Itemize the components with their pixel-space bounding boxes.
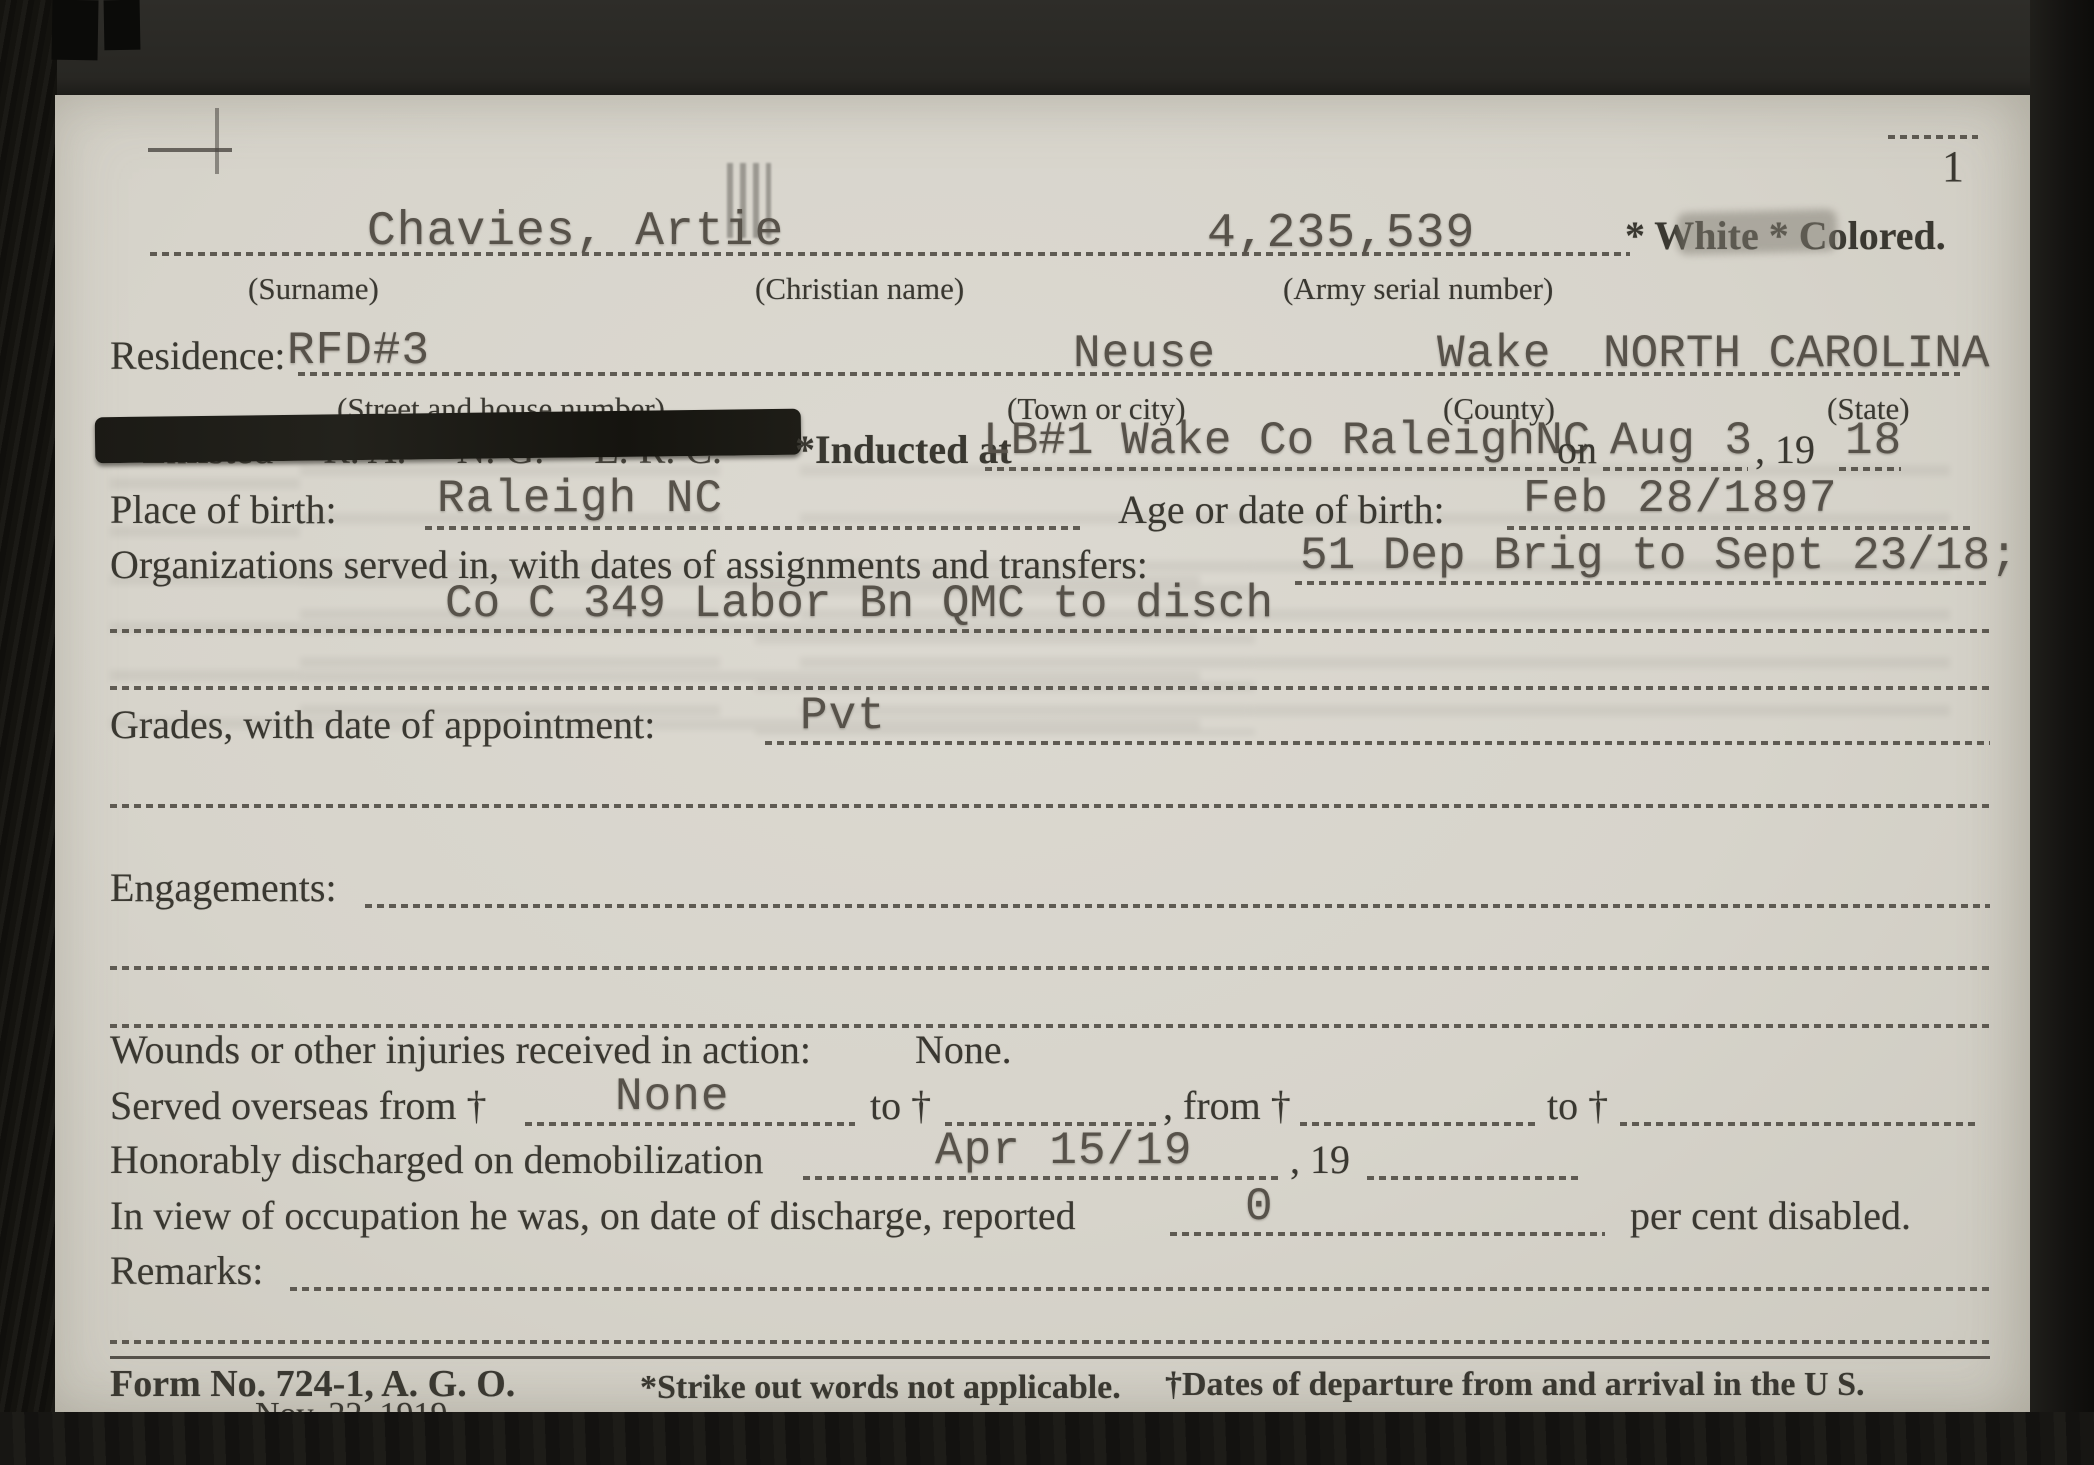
scanned-service-record: 1 Chavies, Artie 4,235,539 * White * Col…: [0, 0, 2094, 1465]
race-white-strike-smudge: [1676, 209, 1837, 255]
county-value: Wake: [1437, 331, 1551, 377]
page-number-rule: [1888, 135, 1978, 139]
organizations-line2-rule: [110, 629, 1990, 633]
town-value: Neuse: [1073, 331, 1216, 377]
blank-rule: [110, 966, 1990, 970]
grades-rule: [765, 741, 1990, 745]
place-of-birth-rule: [425, 526, 1080, 530]
organizations-line2-value: Co C 349 Labor Bn QMC to disch: [445, 581, 1273, 627]
place-of-birth-label: Place of birth:: [110, 490, 337, 530]
place-of-birth-value: Raleigh NC: [437, 476, 723, 522]
discharge-date-value: Apr 15/19: [935, 1128, 1192, 1174]
departure-dates-note: †Dates of departure from and arrival in …: [1165, 1368, 1864, 1402]
footer-rule: [110, 1356, 1990, 1359]
discharge-label: Honorably discharged on demobilization: [110, 1140, 764, 1180]
discharge-year-label: , 19: [1290, 1140, 1350, 1180]
year-value: 18: [1845, 418, 1902, 464]
overseas-rule: [1620, 1122, 1975, 1126]
inducted-place-value: LB#1 Wake Co RaleighNC: [983, 418, 1590, 464]
redaction-bar: [95, 409, 802, 464]
wounds-value: None.: [915, 1030, 1012, 1070]
inducted-at-label: *Inducted at: [795, 430, 1012, 470]
date-of-birth-value: Feb 28/1897: [1523, 476, 1838, 522]
overseas-to1-label: to †: [870, 1086, 931, 1126]
scan-top-border: [0, 0, 2094, 97]
engagements-label: Engagements:: [110, 868, 337, 908]
cross-mark: [148, 148, 232, 152]
scan-right-border: [2030, 0, 2094, 1465]
discharge-year-rule: [1367, 1176, 1582, 1180]
disability-value: 0: [1245, 1184, 1274, 1230]
scan-left-border: [0, 0, 57, 1465]
page-number: 1: [1942, 145, 1964, 189]
strike-out-note: *Strike out words not applicable.: [640, 1371, 1121, 1405]
year-rule: [1839, 467, 1901, 471]
disability-rule: [1170, 1232, 1605, 1236]
overseas-to2-label: to †: [1547, 1086, 1608, 1126]
overseas-from1-label: Served overseas from †: [110, 1086, 487, 1126]
discharge-rule: [803, 1176, 1281, 1180]
scan-edge-mark: [51, 0, 98, 60]
overseas-from2-label: , from †: [1163, 1086, 1291, 1126]
on-label: on: [1557, 430, 1597, 470]
residence-label: Residence:: [110, 336, 286, 376]
overseas-rule: [1300, 1122, 1538, 1126]
wounds-label: Wounds or other injuries received in act…: [110, 1030, 811, 1070]
grades-label: Grades, with date of appointment:: [110, 705, 655, 745]
inducted-date-value: Aug 3: [1610, 418, 1753, 464]
overseas-from1-value: None: [615, 1074, 729, 1120]
blank-rule: [110, 686, 1990, 690]
year-19-label: , 19: [1755, 430, 1815, 470]
engagements-rule: [365, 904, 1990, 908]
surname-label: (Surname): [248, 273, 379, 304]
scan-edge-mark: [104, 0, 141, 50]
field-serial-value: 4,235,539: [1207, 210, 1475, 258]
disability-pre-label: In view of occupation he was, on date of…: [110, 1196, 1076, 1236]
overseas-rule: [525, 1122, 855, 1126]
blank-rule: [110, 1340, 1990, 1344]
remarks-label: Remarks:: [110, 1251, 263, 1291]
field-name-value: Chavies, Artie: [367, 208, 784, 256]
scan-bottom-border: [0, 1412, 2094, 1465]
grades-value: Pvt: [800, 693, 886, 739]
state-value: NORTH CAROLINA: [1603, 331, 1989, 377]
disability-post-label: per cent disabled.: [1630, 1196, 1911, 1236]
remarks-rule: [290, 1287, 1990, 1291]
record-card: 1 Chavies, Artie 4,235,539 * White * Col…: [55, 95, 2030, 1415]
street-value: RFD#3: [287, 328, 430, 374]
organizations-line1-value: 51 Dep Brig to Sept 23/18;: [1300, 533, 2018, 579]
inducted-place-rule: [985, 467, 1585, 471]
serial-number-label: (Army serial number): [1283, 273, 1553, 304]
blank-rule: [110, 804, 1990, 808]
date-of-birth-label: Age or date of birth:: [1118, 490, 1445, 530]
inducted-date-rule: [1603, 467, 1748, 471]
christian-name-label: (Christian name): [755, 273, 964, 304]
organizations-rule: [1295, 581, 1990, 585]
cross-mark: [215, 108, 219, 174]
